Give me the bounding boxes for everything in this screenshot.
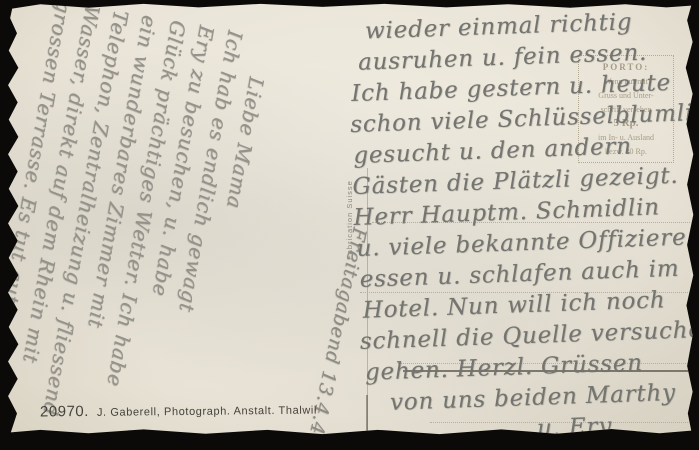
handwritten-message-left: Liebe Mama Ich hab es endlich gewagt Ery… bbox=[0, 0, 278, 422]
handwritten-message-right: wieder einmal richtig ausruhen u. fein e… bbox=[347, 5, 699, 450]
handwritten-signature: u. Ery bbox=[536, 408, 699, 445]
publisher-number: 20970. bbox=[40, 403, 89, 421]
publisher-name: J. Gaberell, Photograph. Anstalt. Thalwi… bbox=[97, 405, 317, 419]
postcard-back: PORTO: Wenn nur mit Gruss und Unter- sch… bbox=[6, 3, 694, 435]
publisher-imprint: 20970. J. Gaberell, Photograph. Anstalt.… bbox=[40, 401, 317, 421]
postcard-scan: PORTO: Wenn nur mit Gruss und Unter- sch… bbox=[0, 0, 699, 450]
